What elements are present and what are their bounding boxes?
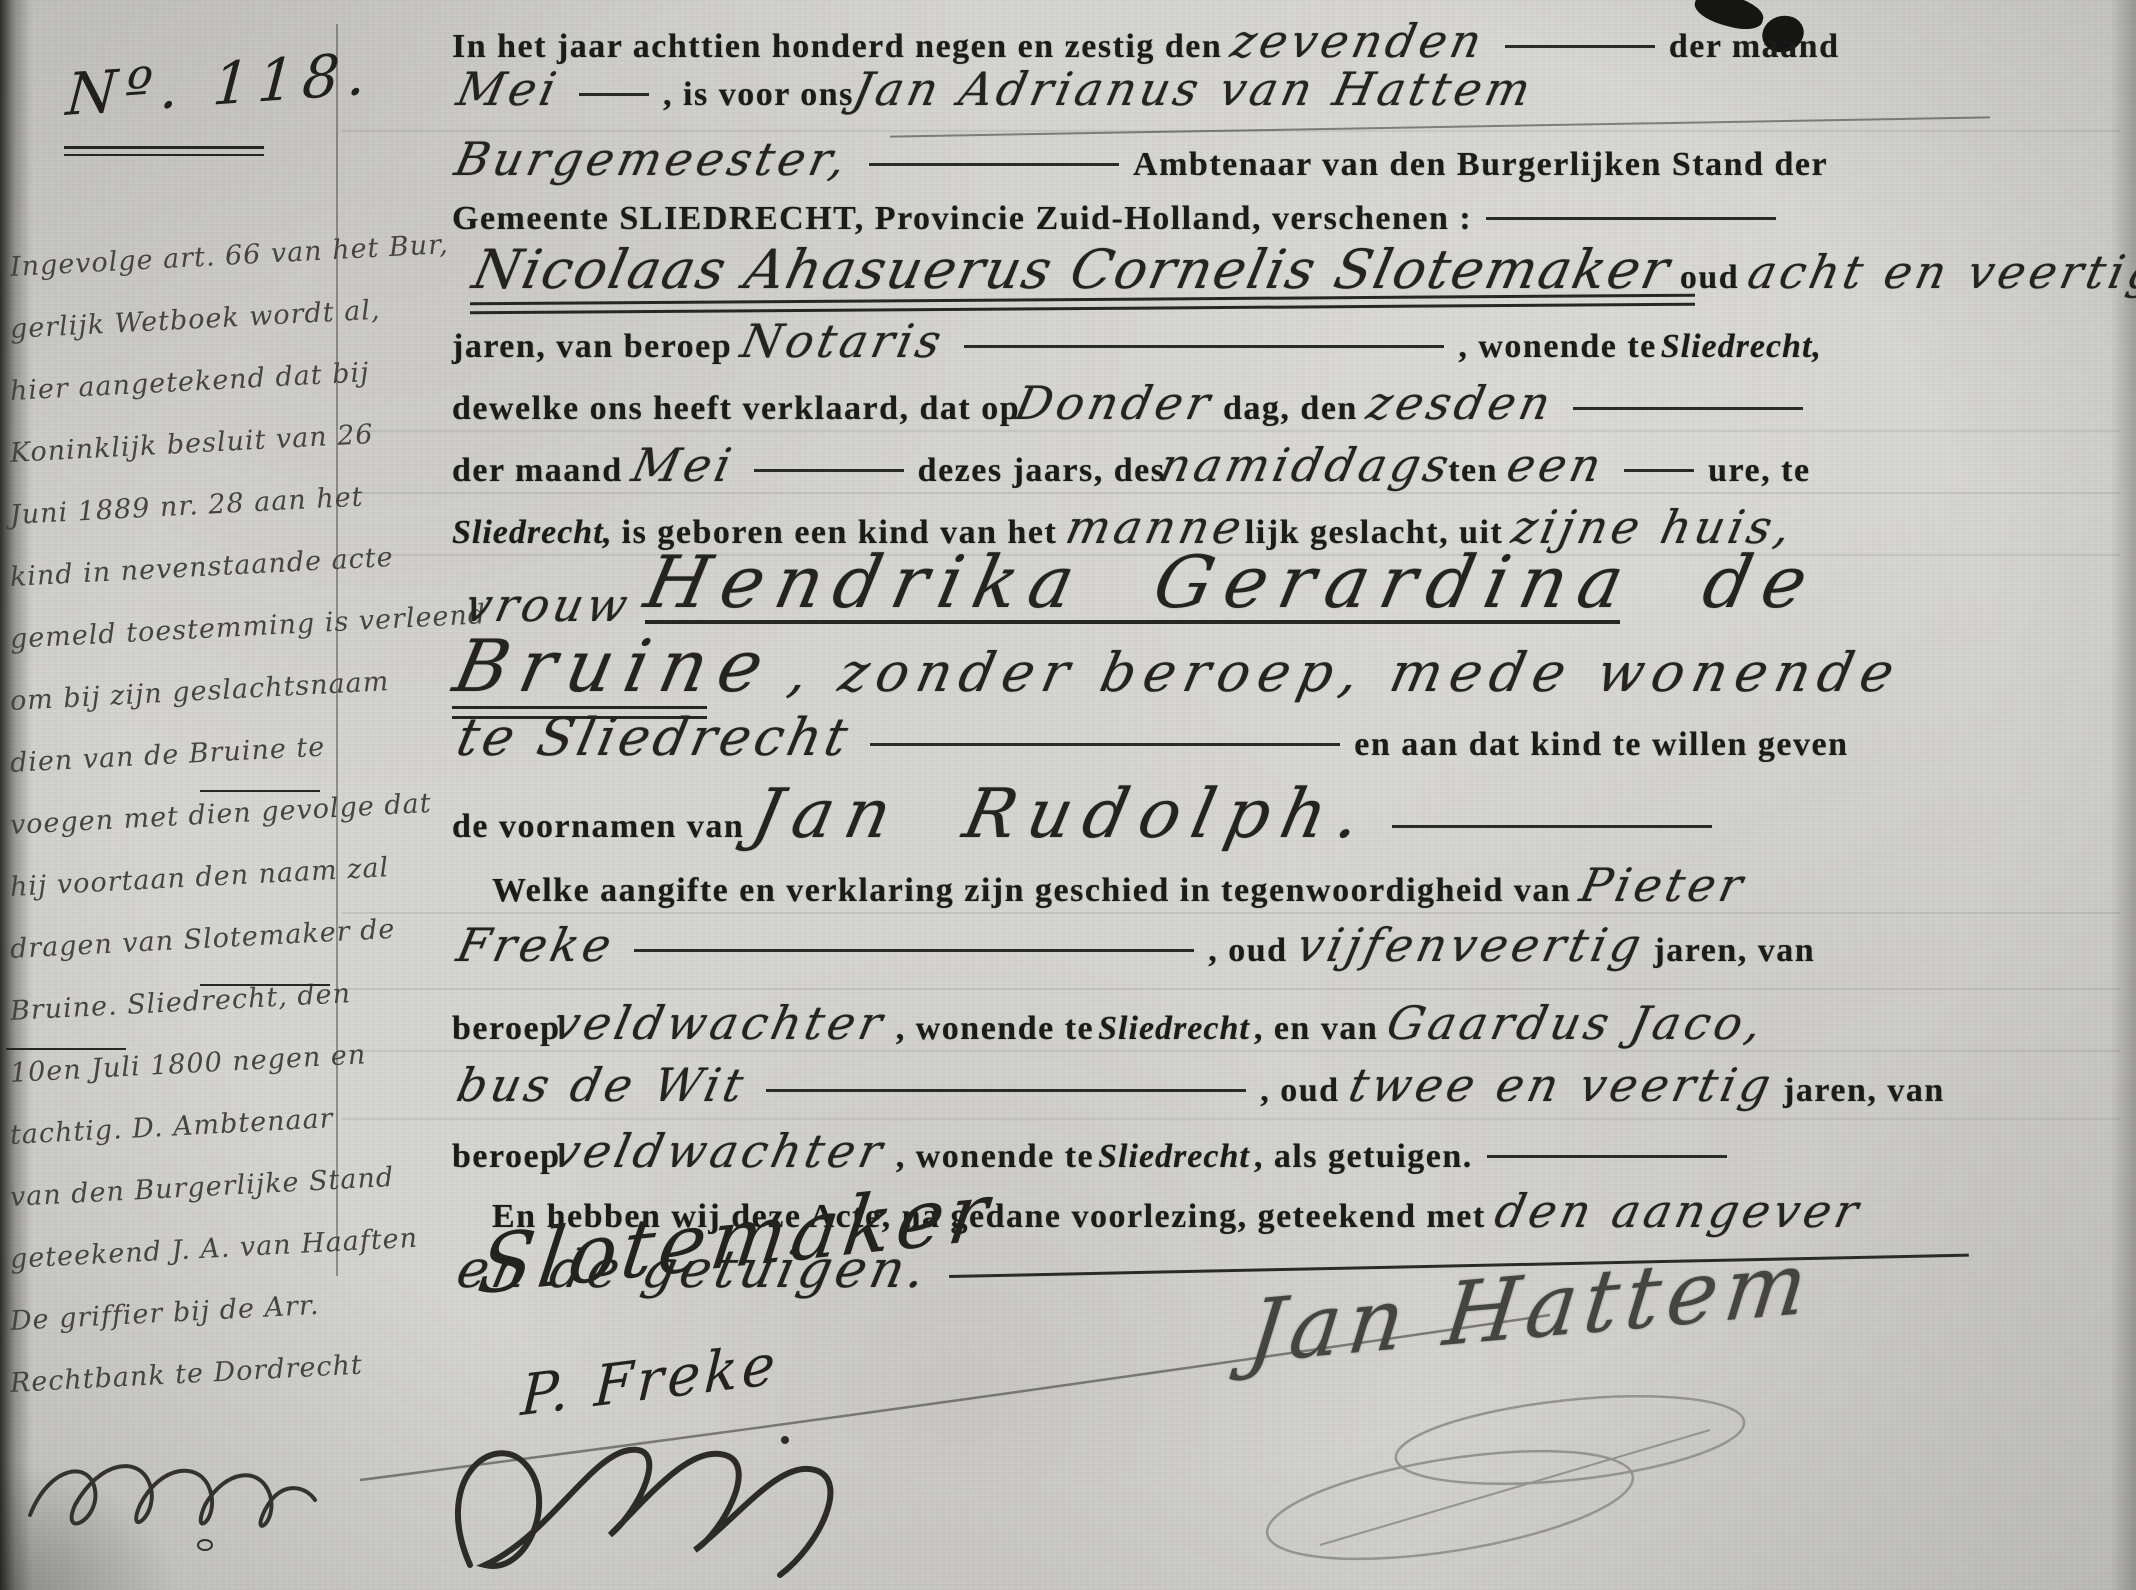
body-line-5: Nicolaas Ahasuerus Cornelis Slotemaker o… [468,238,2136,301]
printed-text: , oud [1260,1072,1339,1109]
guide-line [342,492,2120,494]
handwritten-text: , zonder beroep, mede wonende [783,641,1907,704]
printed-text: dewelke ons heeft verklaard, dat op [452,390,1020,427]
handwritten-text: Nicolaas Ahasuerus Cornelis Slotemaker [467,238,1676,301]
margin-note-line: dien van de Bruine te [9,732,326,779]
printed-text: Sliedrecht, [1661,328,1822,365]
margin-note-line: Ingevolge art. 66 van het Bur, [9,229,449,283]
officer-pencil-flourish [1280,1375,1750,1585]
handwritten-text: Burgemeester, [450,132,855,186]
fill-rule [579,89,649,96]
handwritten-text: zevenden [1227,14,1491,68]
underline [470,303,1695,315]
left-edge-shadow [0,0,32,1590]
underline [200,984,330,986]
printed-text: der maand [1669,28,1840,65]
printed-text: der maand [452,452,623,489]
handwritten-text: zesden [1362,376,1559,430]
body-line-17: bus de Wit , oud twee en veertig jaren, … [452,1058,1945,1112]
margin-note-line: Koninklijk besluit van 26 [9,419,374,469]
griffier-signature-scrawl [20,1445,330,1555]
printed-text: , oud [1208,932,1287,969]
handwritten-text: Notaris [736,314,950,368]
printed-text: en aan dat kind te willen geven [1354,726,1848,763]
margin-note-line: Rechtbank te Dordrecht [9,1350,363,1399]
body-line-7: dewelke ons heeft verklaard, dat op Dond… [452,376,1813,430]
margin-note-line: gerlijk Wetboek wordt al, [9,295,381,345]
handwritten-text: acht en veertig [1743,245,2136,299]
handwritten-text: Bruine [447,624,783,708]
printed-text: , en van [1254,1010,1378,1047]
body-line-2: Mei , is voor ons Jan Adrianus van Hatte… [452,62,1539,116]
fill-rule [870,739,1340,746]
underline [6,1048,126,1050]
margin-note-line: hij voortaan den naam zal [9,852,390,903]
margin-note-line: Juni 1889 nr. 28 aan het [9,481,364,530]
printed-text: , als getuigen. [1254,1138,1473,1175]
printed-text: Sliedrecht [1098,1010,1250,1047]
handwritten-text: veldwachter [549,996,892,1050]
body-line-1: In het jaar achttien honderd negen en ze… [452,14,1839,68]
fill-rule [1392,821,1712,828]
fill-rule [1505,41,1655,48]
printed-text: , wonende te [1458,328,1656,365]
guide-line [342,988,2120,990]
fill-rule [1487,1151,1727,1158]
printed-text: oud [1680,259,1739,296]
printed-text: Gemeente SLIEDRECHT, Provincie Zuid-Holl… [452,200,1472,237]
underline [64,146,264,149]
printed-text: beroep [452,1138,560,1175]
handwritten-text: Pieter [1576,858,1752,912]
handwritten-text: te Sliedrecht [452,708,857,768]
handwritten-text: Mei [627,438,740,492]
handwritten-text: namiddags [1156,438,1458,492]
fill-rule [869,159,1119,166]
body-line-11: Bruine , zonder beroep, mede wonende [450,624,1907,708]
printed-text: jaren, van [1653,932,1815,969]
fill-rule [964,341,1444,348]
fill-rule [634,945,1194,952]
printed-text: Ambtenaar van den Burgerlijken Stand der [1133,146,1828,183]
margin-note-line: tachtig. D. Ambtenaar [9,1103,334,1151]
handwritten-text: Jan Rudolph. [746,775,1380,854]
guide-line [342,1118,2120,1120]
handwritten-text: veldwachter [549,1124,892,1178]
handwritten-text: een [1502,438,1610,492]
fill-rule [1573,403,1803,410]
body-line-18: beroep veldwachter , wonende te Sliedrec… [452,1124,1737,1178]
body-line-4: Gemeente SLIEDRECHT, Provincie Zuid-Holl… [452,200,1786,238]
body-line-6: jaren, van beroep Notaris , wonende te S… [452,314,1822,368]
body-line-14: Welke aangifte en verklaring zijn geschi… [492,858,1752,912]
printed-text: Welke aangifte en verklaring zijn geschi… [492,872,1571,909]
margin-note-line: dragen van Slotemaker de [9,914,396,965]
handwritten-text: bus de Wit [452,1058,752,1112]
fill-rule [1486,213,1776,220]
act-number: Nº. 118. [64,39,376,129]
body-line-3: Burgemeester, Ambtenaar van den Burgerli… [450,132,1828,186]
body-line-16: beroep veldwachter , wonende te Sliedrec… [452,996,1771,1050]
margin-divider-rule [336,24,338,1276]
printed-text: Sliedrecht [1098,1138,1250,1175]
handwritten-text: vijfenveertig [1292,918,1649,972]
underline [200,790,320,792]
handwritten-text: Hendrika Gerardina de [638,540,1826,624]
margin-note-line: geteekend J. A. van Haaften [9,1223,419,1275]
fill-rule [754,465,904,472]
printed-text: In het jaar achttien honderd negen en ze… [452,28,1222,65]
fill-rule [766,1085,1246,1092]
guide-line [342,430,2120,432]
handwritten-text: twee en veertig [1344,1058,1779,1112]
handwritten-text: Jan Adrianus van Hattem [848,62,1539,116]
printed-text: dezes jaars, des [918,452,1166,489]
body-line-13: de voornamen van Jan Rudolph. [452,775,1722,854]
handwritten-text: Mei [452,62,565,116]
handwritten-text: den aangever [1490,1184,1867,1238]
printed-text: , is voor ons [663,76,854,113]
printed-text: dag, den [1223,390,1358,427]
margin-note-line: De griffier bij de Arr. [9,1290,320,1337]
printed-text: ure, te [1708,452,1810,489]
handwritten-text: Donder [1010,376,1218,430]
body-line-15: Freke , oud vijfenveertig jaren, van [452,918,1815,972]
handwritten-text: Gaardus Jaco, [1382,996,1770,1050]
guide-line [342,912,2120,914]
witness2-signature-scrawl [440,1415,870,1590]
body-line-12: te Sliedrecht en aan dat kind te willen … [452,708,1849,768]
margin-note-line: om bij zijn geslachtsnaam [9,666,390,717]
printed-text: jaren, van [1783,1072,1945,1109]
body-line-10: vrouw Hendrika Gerardina de [460,540,1823,632]
margin-note-line: 10en Juli 1800 negen en [9,1039,367,1089]
body-line-8: der maand Mei dezes jaars, des namiddags… [452,438,1811,492]
margin-note-line: voegen met dien gevolge dat [9,788,432,841]
margin-note-line: hier aangetekend dat bij [9,357,370,407]
fill-rule [1624,465,1694,472]
printed-text: de voornamen van [452,808,744,845]
printed-text: , wonende te [896,1010,1094,1047]
printed-text: ten [1448,452,1498,489]
margin-note-line: gemeld toestemming is verleend [9,599,487,655]
printed-text: jaren, van beroep [452,328,732,365]
document-scan: Nº. 118. Ingevolge art. 66 van het Bur, … [0,0,2136,1590]
guide-line [342,1050,2120,1052]
underline [64,154,264,156]
printed-text: beroep [452,1010,560,1047]
handwritten-text: Freke [452,918,620,972]
